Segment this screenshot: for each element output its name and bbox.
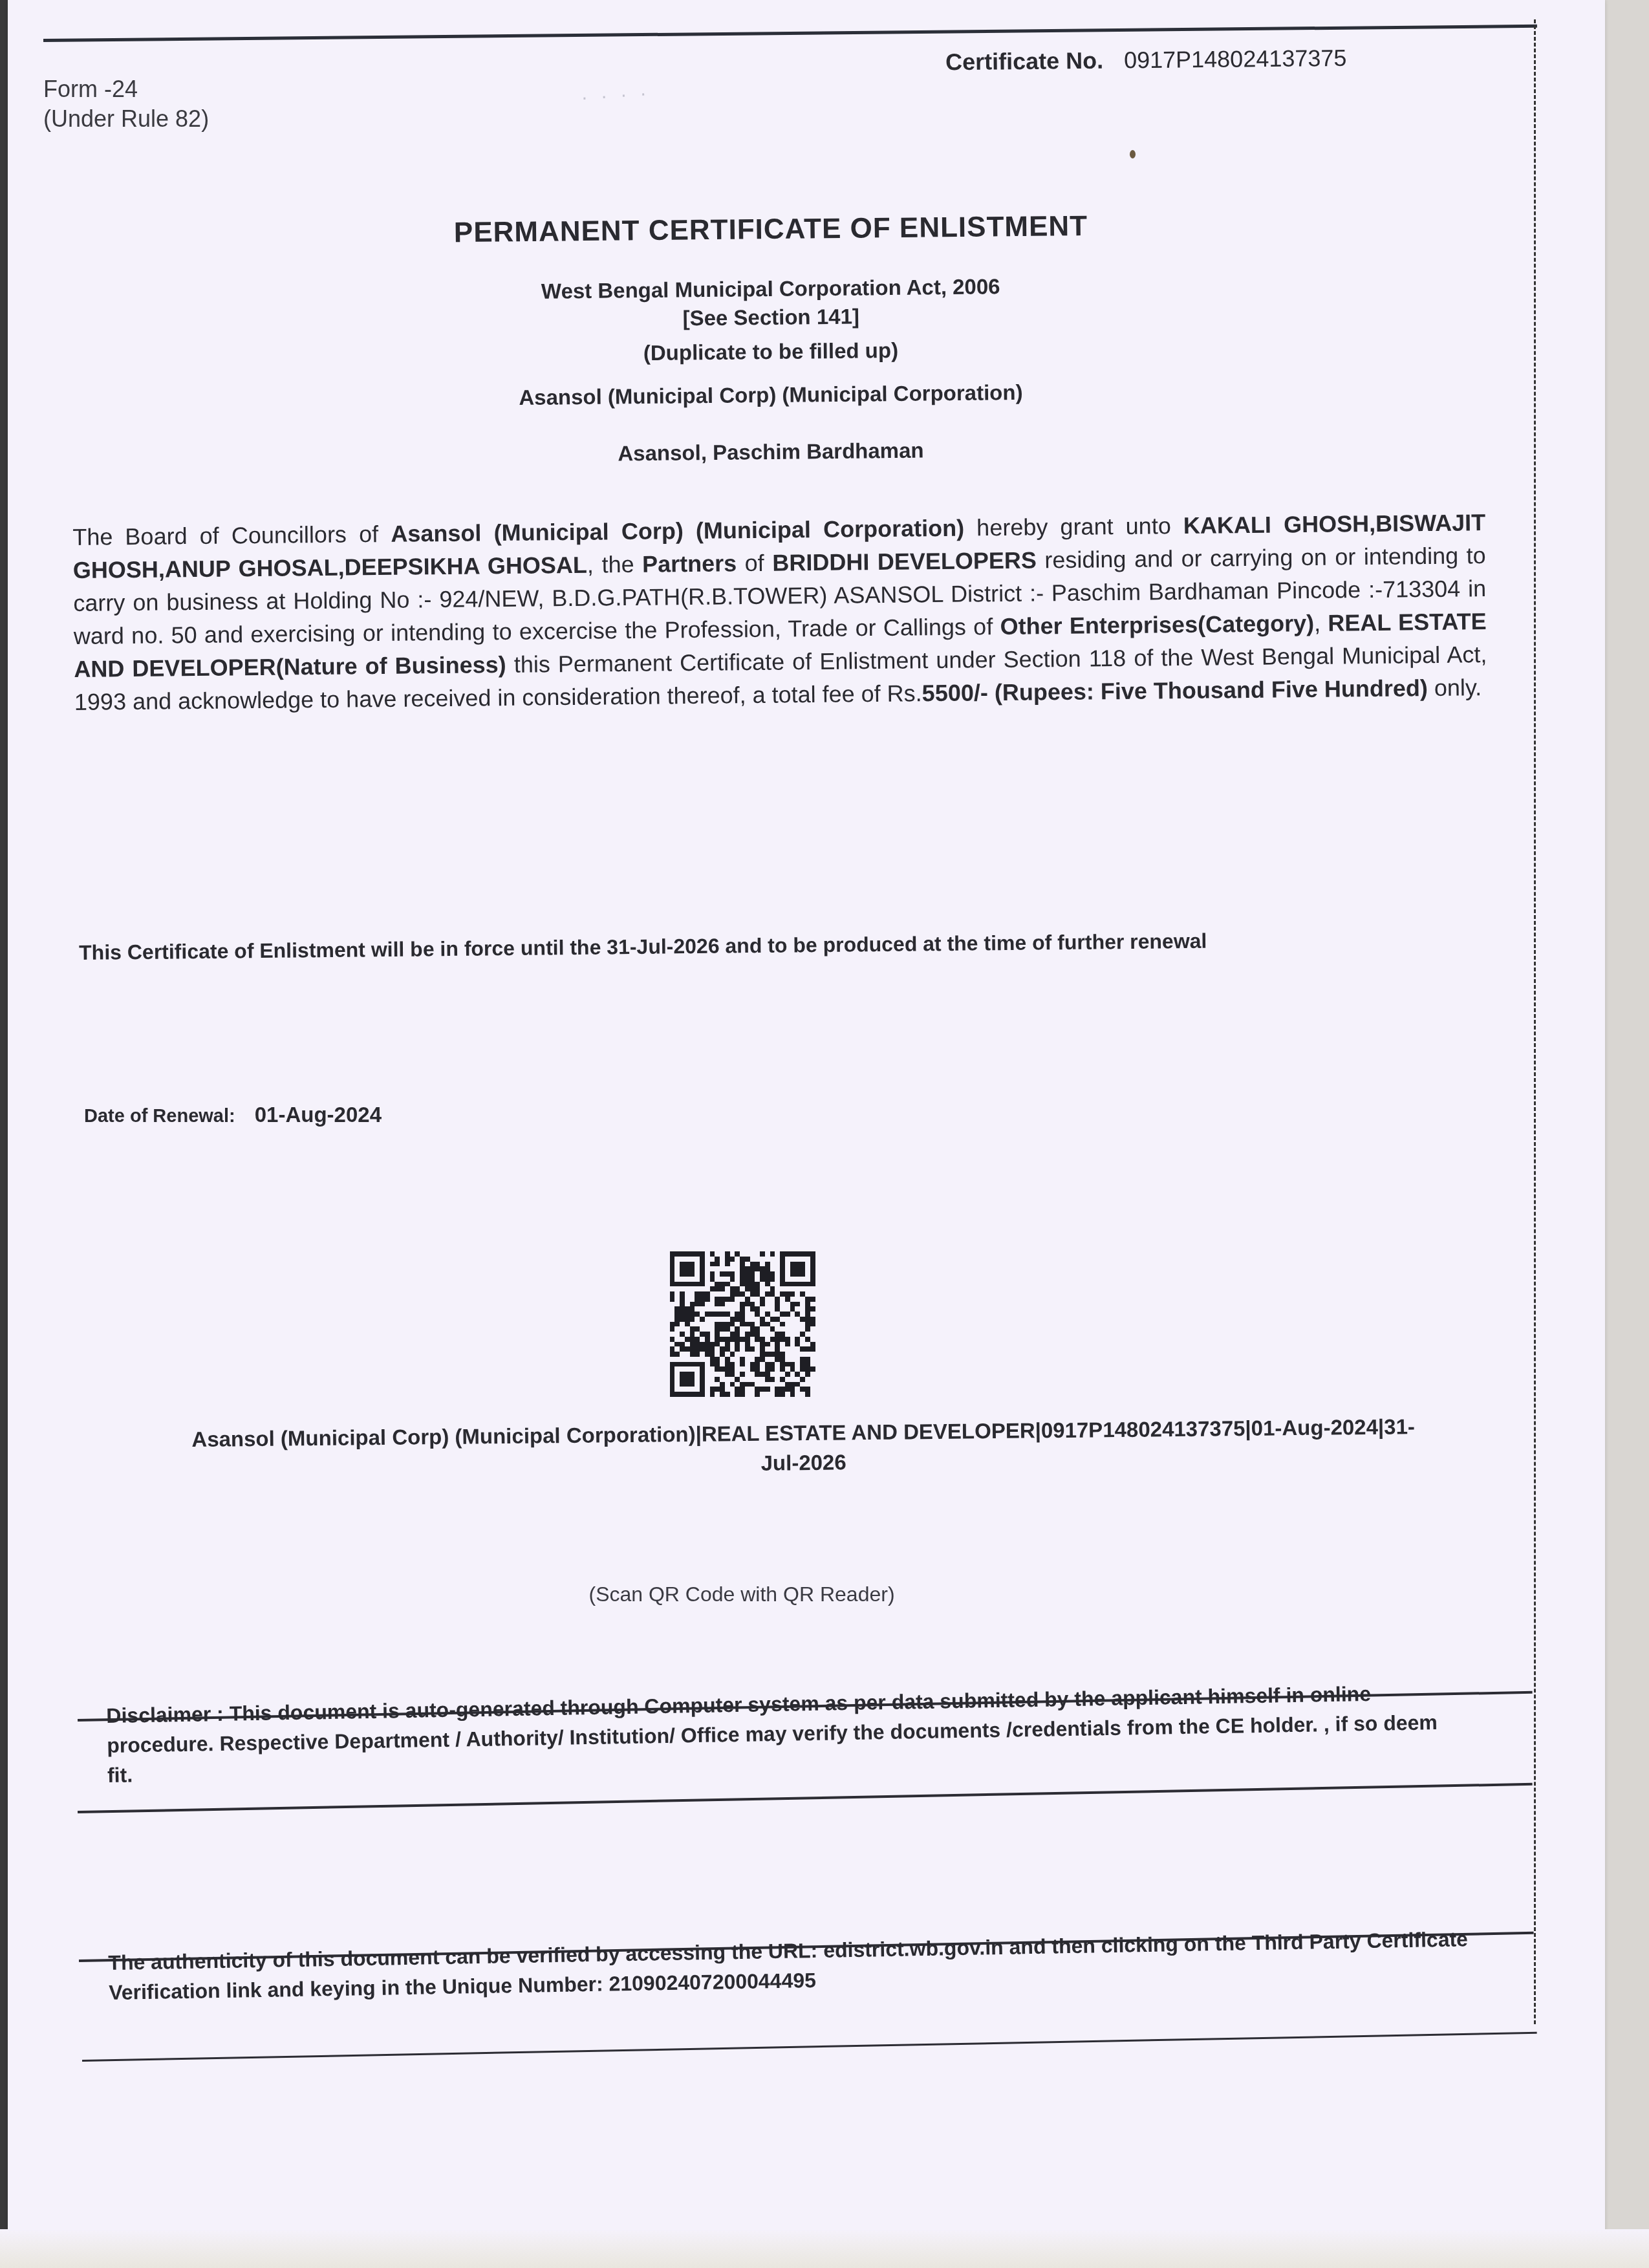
fee-amount: 5500/- (Rupees: Five Thousand Five Hundr… bbox=[922, 675, 1428, 706]
authenticity-note: The authenticity of this document can be… bbox=[108, 1923, 1544, 2007]
qr-scan-note: (Scan QR Code with QR Reader) bbox=[8, 1582, 1476, 1606]
top-border-rule bbox=[43, 25, 1537, 42]
qr-summary: Asansol (Municipal Corp) (Municipal Corp… bbox=[69, 1410, 1538, 1485]
qr-code-icon bbox=[669, 1251, 816, 1397]
form-number-label: Form -24 bbox=[43, 74, 209, 104]
faint-stamp: · · · · bbox=[581, 69, 858, 178]
right-border-rule bbox=[1534, 19, 1536, 2024]
form-rule-label: (Under Rule 82) bbox=[43, 104, 209, 134]
certificate-number: Certificate No. 0917P148024137375 bbox=[945, 45, 1347, 76]
certificate-number-value: 0917P148024137375 bbox=[1124, 45, 1347, 74]
certificate-page: Form -24 (Under Rule 82) · · · · Certifi… bbox=[8, 0, 1605, 2251]
unique-number: 210902407200044495 bbox=[609, 1969, 816, 1996]
ink-speck bbox=[1130, 150, 1136, 158]
disclaimer: Disclaimer : This document is auto-gener… bbox=[106, 1677, 1465, 1790]
firm-name: BRIDDHI DEVELOPERS bbox=[772, 546, 1037, 576]
renewal-date-label: Date of Renewal: bbox=[84, 1106, 235, 1127]
renewal-date: Date of Renewal: 01-Aug-2024 bbox=[84, 1103, 382, 1127]
validity-statement: This Certificate of Enlistment will be i… bbox=[79, 929, 1207, 965]
business-category: Other Enterprises(Category) bbox=[1000, 610, 1314, 640]
issuing-place: Asansol, Paschim Bardhaman bbox=[8, 432, 1534, 473]
scan-bottom-edge bbox=[0, 2229, 1649, 2268]
corporation-name: Asansol (Municipal Corp) (Municipal Corp… bbox=[391, 515, 964, 547]
duplicate-note: (Duplicate to be filled up) bbox=[8, 332, 1534, 373]
authenticity-bottom-rule bbox=[82, 2032, 1537, 2062]
document-title: PERMANENT CERTIFICATE OF ENLISTMENT bbox=[8, 206, 1534, 254]
disclaimer-bottom-rule bbox=[78, 1783, 1533, 1813]
renewal-date-value: 01-Aug-2024 bbox=[255, 1103, 382, 1127]
certificate-body: The Board of Councillors of Asansol (Mun… bbox=[72, 506, 1487, 718]
act-reference: West Bengal Municipal Corporation Act, 2… bbox=[8, 267, 1535, 340]
form-number: Form -24 (Under Rule 82) bbox=[43, 74, 209, 134]
certificate-number-label: Certificate No. bbox=[945, 47, 1103, 76]
issuing-corporation: Asansol (Municipal Corp) (Municipal Corp… bbox=[8, 375, 1534, 416]
